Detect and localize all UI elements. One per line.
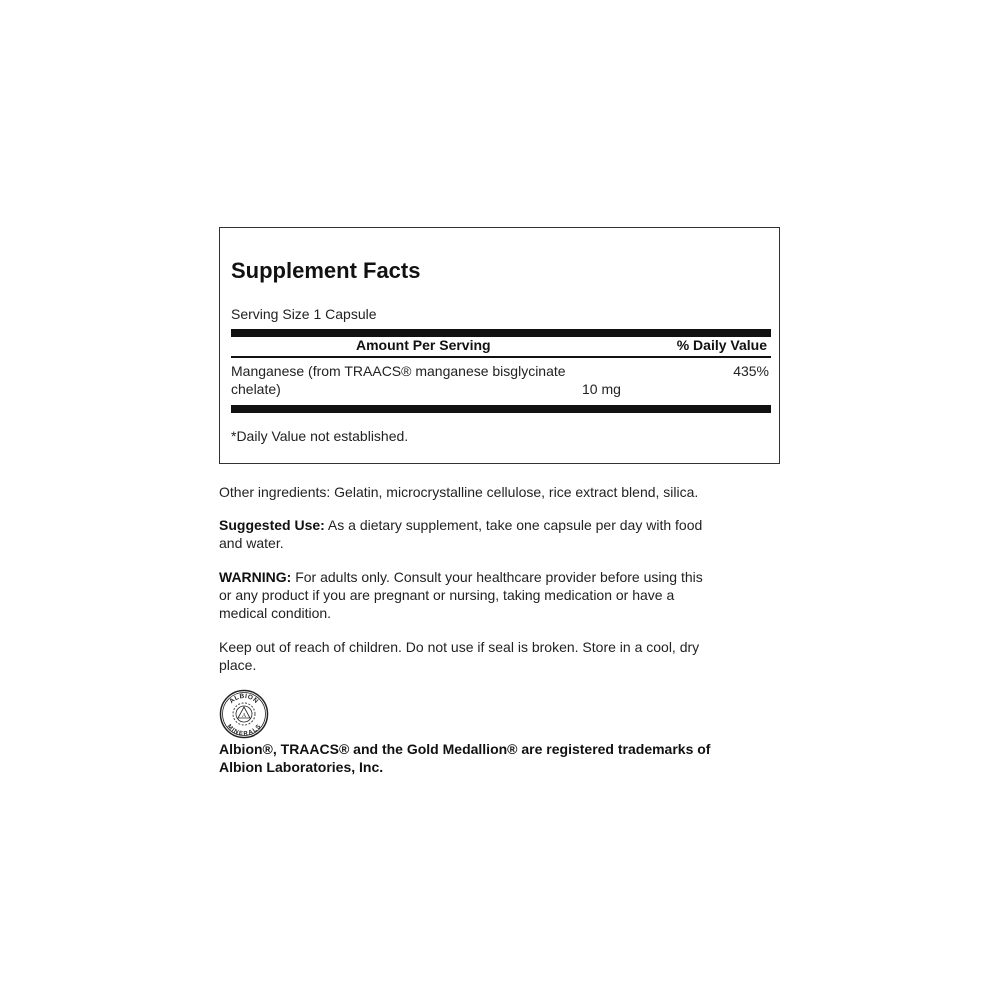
albion-minerals-medallion-icon: ALBION MINERALS A <box>219 689 269 739</box>
warning-text-3: medical condition. <box>219 605 331 621</box>
warning: WARNING: For adults only. Consult your h… <box>219 568 789 622</box>
suggested-use-label: Suggested Use: <box>219 517 325 533</box>
suggested-use-text-2: and water. <box>219 535 284 551</box>
header-daily-value: % Daily Value <box>677 337 767 353</box>
divider-thick <box>231 329 771 337</box>
storage-instructions: Keep out of reach of children. Do not us… <box>219 638 789 674</box>
nutrient-daily-value: 435% <box>733 362 769 380</box>
warning-label: WARNING: <box>219 569 291 585</box>
storage-line-2: place. <box>219 657 256 673</box>
svg-text:MINERALS: MINERALS <box>226 724 263 738</box>
nutrient-name-line1: Manganese (from TRAACS® manganese bisgly… <box>231 362 566 380</box>
facts-title: Supplement Facts <box>231 258 420 284</box>
suggested-use-text: As a dietary supplement, take one capsul… <box>325 517 702 533</box>
other-ingredients: Other ingredients: Gelatin, microcrystal… <box>219 483 789 501</box>
suggested-use: Suggested Use: As a dietary supplement, … <box>219 516 789 552</box>
divider-thick-bottom <box>231 405 771 413</box>
header-amount: Amount Per Serving <box>356 337 491 353</box>
supplement-facts-panel: Supplement Facts Serving Size 1 Capsule … <box>219 227 780 464</box>
svg-text:A: A <box>242 713 247 719</box>
divider-thin <box>231 356 771 358</box>
nutrient-name-line2: chelate) <box>231 380 281 398</box>
serving-size: Serving Size 1 Capsule <box>231 306 377 322</box>
trademark-line-1: Albion®, TRAACS® and the Gold Medallion®… <box>219 741 710 757</box>
warning-text-2: or any product if you are pregnant or nu… <box>219 587 674 603</box>
svg-text:ALBION: ALBION <box>228 693 259 705</box>
footnote: *Daily Value not established. <box>231 428 408 444</box>
storage-line-1: Keep out of reach of children. Do not us… <box>219 639 699 655</box>
trademark-notice: Albion®, TRAACS® and the Gold Medallion®… <box>219 740 799 776</box>
warning-text: For adults only. Consult your healthcare… <box>291 569 702 585</box>
nutrient-amount: 10 mg <box>582 380 621 398</box>
trademark-line-2: Albion Laboratories, Inc. <box>219 759 383 775</box>
